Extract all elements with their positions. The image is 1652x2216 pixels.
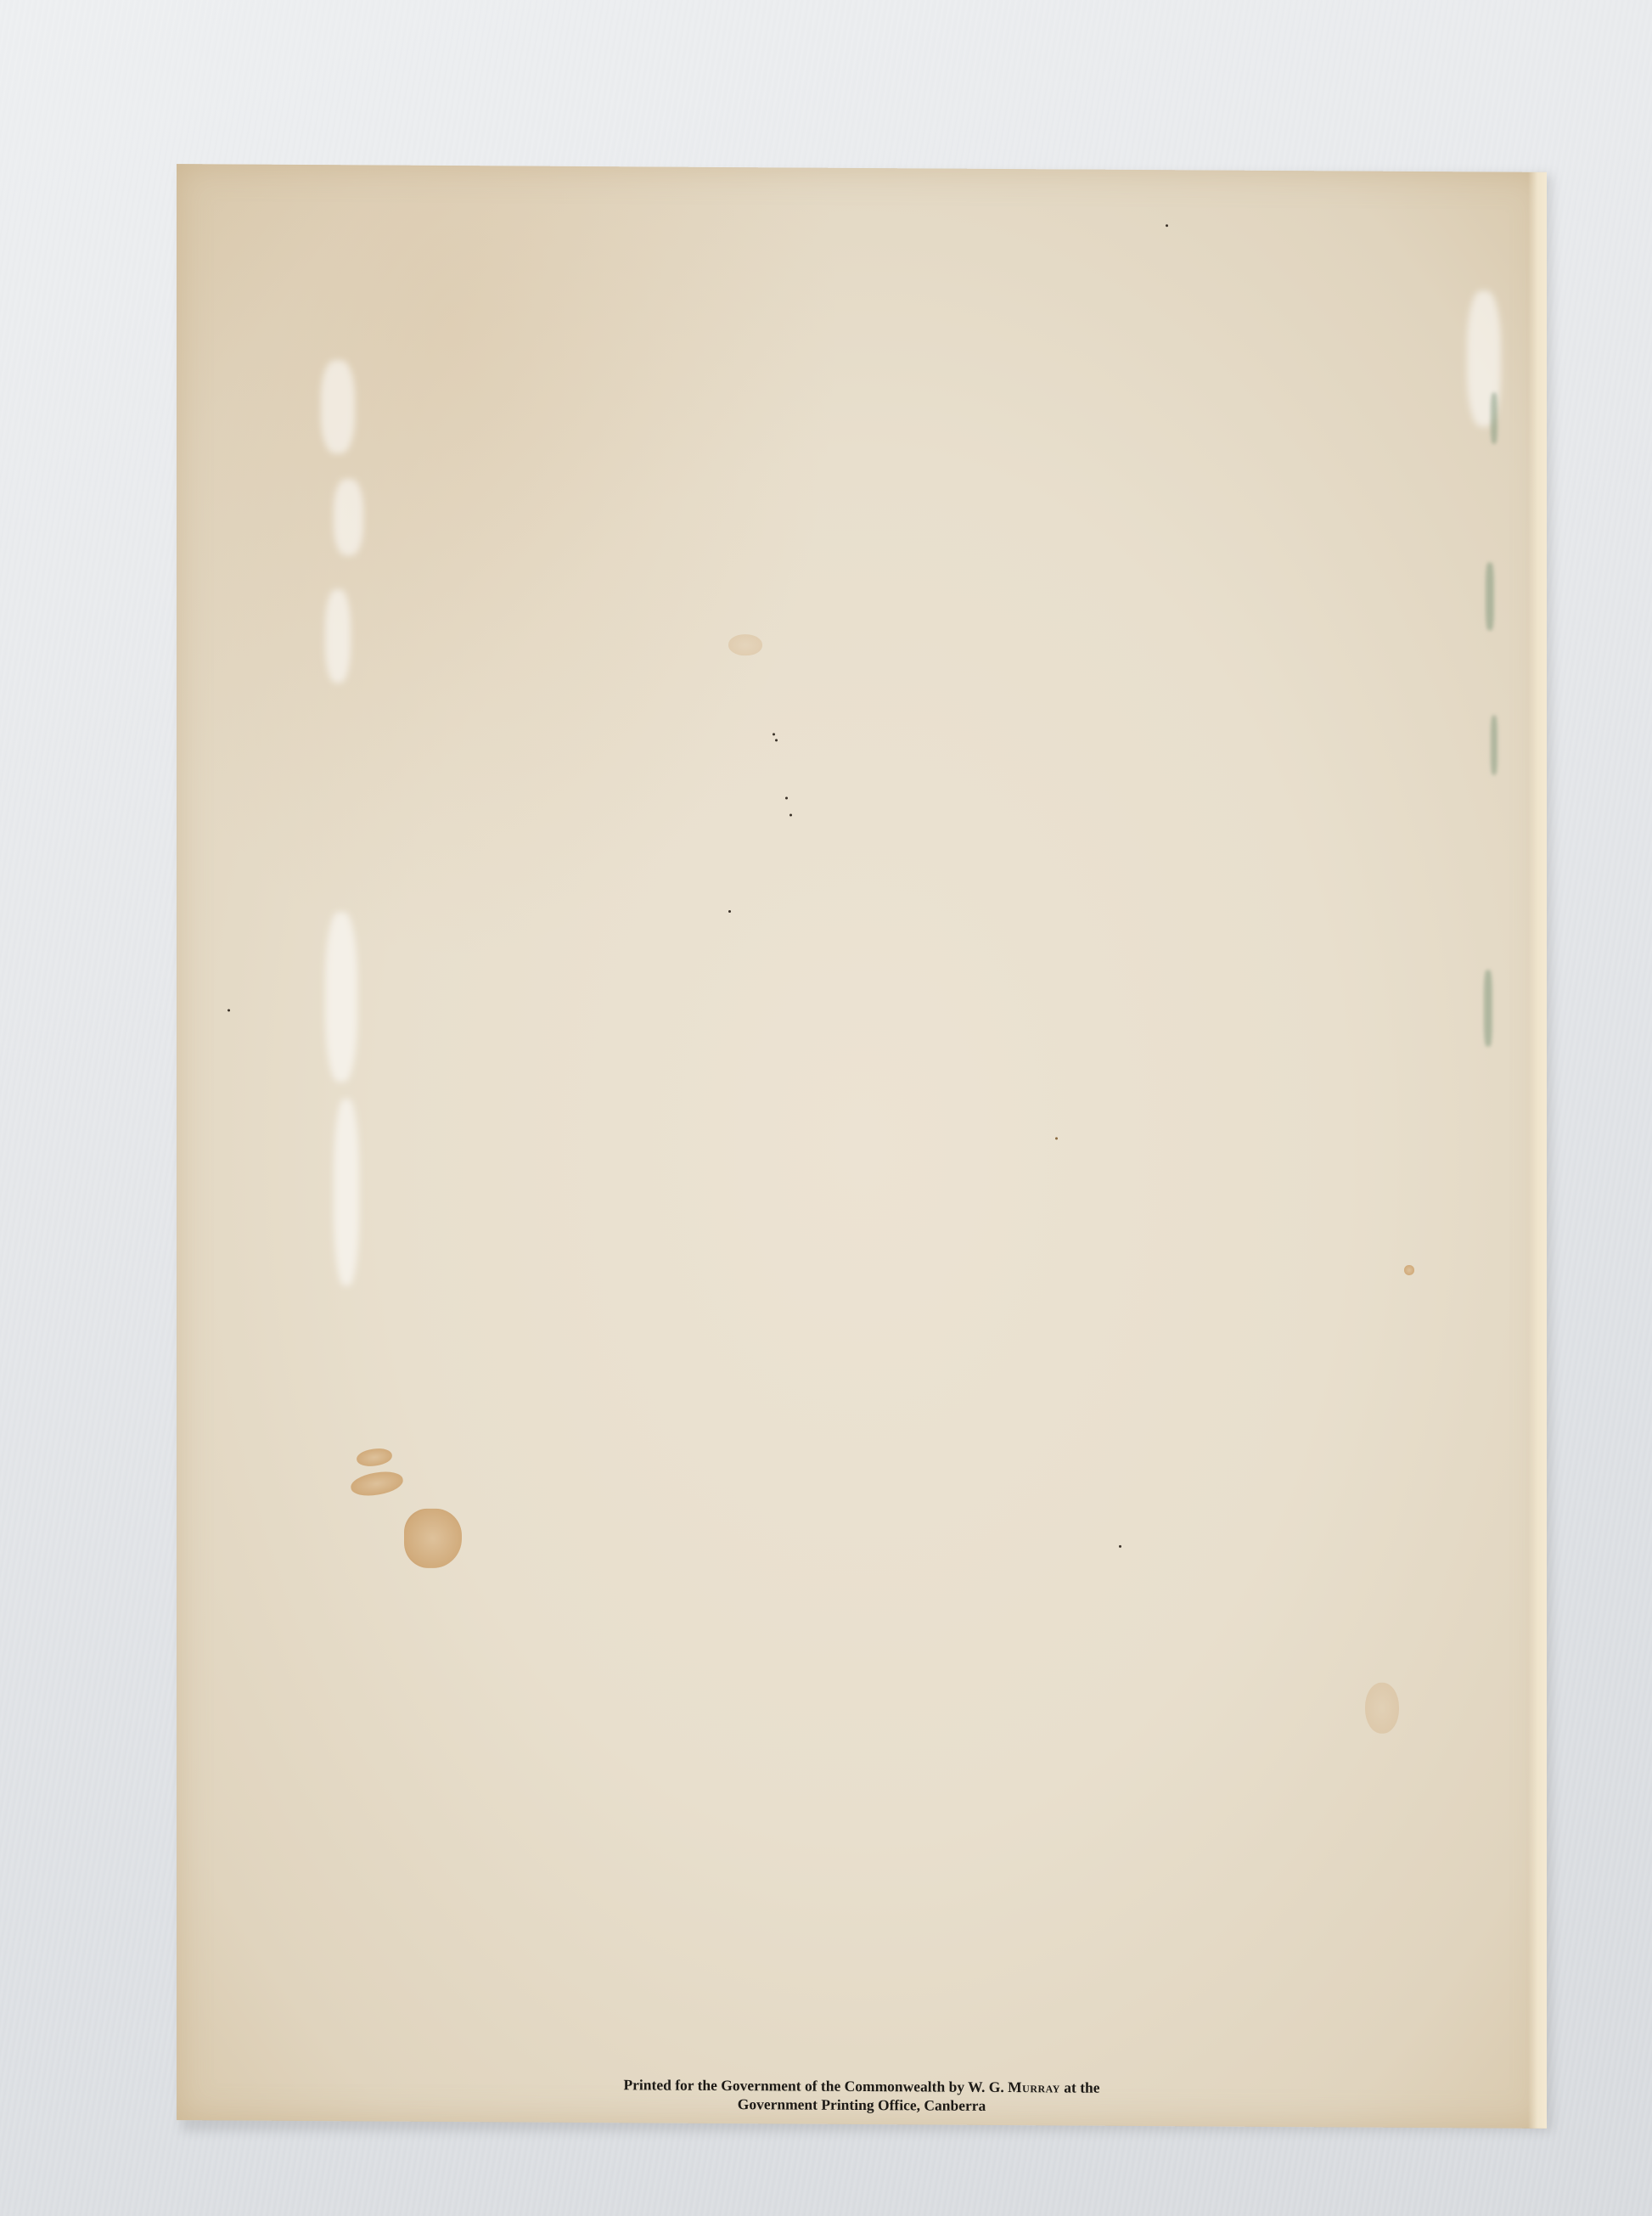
speck [1055,1137,1058,1139]
imprint-text: Printed for the Government of the Common… [623,2076,1008,2095]
scuff-mark [334,1099,359,1285]
speck [789,813,792,816]
stain [404,1509,462,1568]
printer-imprint: Printed for the Government of the Common… [177,2073,1547,2118]
printer-name: Murray [1008,2078,1060,2095]
mold-spot [1484,970,1492,1046]
speck [728,910,731,913]
mold-spot [1491,716,1497,775]
speck [1166,224,1168,227]
imprint-text: at the [1060,2078,1100,2095]
speck [785,796,788,799]
stain [1404,1265,1414,1275]
scuff-mark [321,360,355,453]
spine-edge [1528,172,1547,2129]
scuff-mark [334,479,363,555]
speck [1119,1545,1121,1548]
speck [228,1009,230,1011]
foxing [1365,1683,1399,1734]
stain [356,1447,393,1468]
mold-spot [1491,393,1497,444]
speck [773,733,775,735]
mold-spot [1486,562,1494,630]
speck [775,739,778,741]
foxing [728,634,762,655]
booklet-back-cover: Printed for the Government of the Common… [177,164,1547,2129]
scuff-mark [325,912,357,1082]
stain [349,1468,405,1499]
scuff-mark [325,589,351,683]
